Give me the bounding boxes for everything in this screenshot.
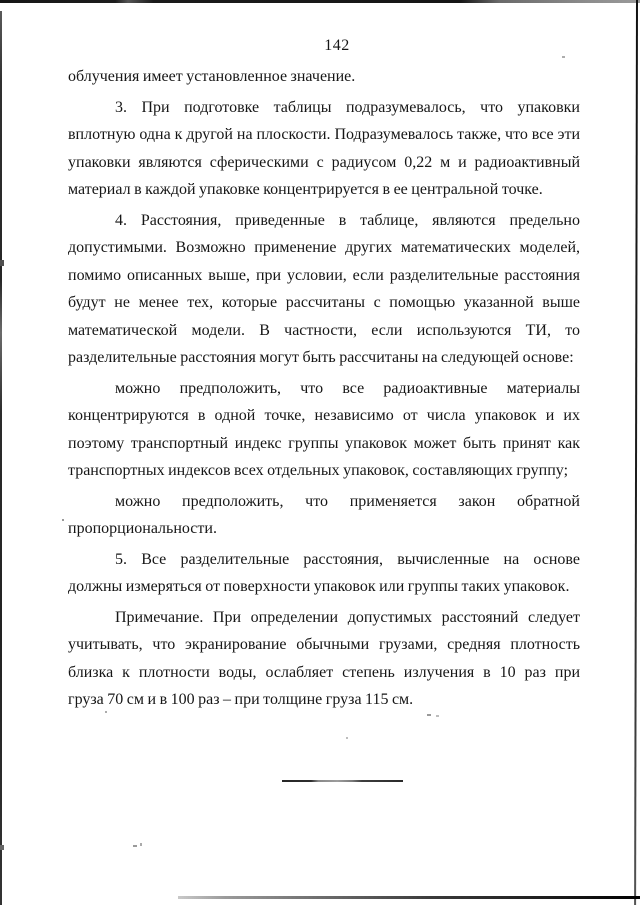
text-column: облучения имеет установленное значение. … <box>68 63 580 717</box>
scan-speck <box>0 845 4 850</box>
footnote-rule <box>282 780 403 782</box>
scan-speck <box>140 843 142 846</box>
scan-border-right <box>634 0 638 905</box>
scan-border-bottom <box>178 896 640 899</box>
scanned-document-page: 142 облучения имеет установленное значен… <box>0 0 640 905</box>
scan-speck <box>436 715 439 717</box>
scan-speck <box>62 519 64 521</box>
scan-speck <box>427 714 431 716</box>
subparagraph-inverse-law: можно предположить, что применяется зако… <box>68 488 580 543</box>
scan-speck <box>133 845 137 847</box>
paragraph-continuation: облучения имеет установленное значение. <box>68 63 580 91</box>
scan-speck <box>346 737 348 739</box>
subparagraph-ti-sum: можно предположить, что все радиоактивны… <box>68 375 580 485</box>
scan-speck <box>562 56 565 58</box>
scan-speck <box>0 260 4 266</box>
page-number: 142 <box>68 37 606 55</box>
paragraph-5: 5. Все разделительные расстояния, вычисл… <box>68 546 580 601</box>
scan-speck <box>105 711 107 713</box>
paragraph-4: 4. Расстояния, приведенные в таблице, яв… <box>68 207 580 372</box>
note-paragraph: Примечание. При определении допустимых р… <box>68 604 580 714</box>
paragraph-3: 3. При подготовке таблицы подразумевалос… <box>68 94 580 204</box>
scan-border-top <box>0 0 640 3</box>
scan-border-left <box>0 11 2 905</box>
